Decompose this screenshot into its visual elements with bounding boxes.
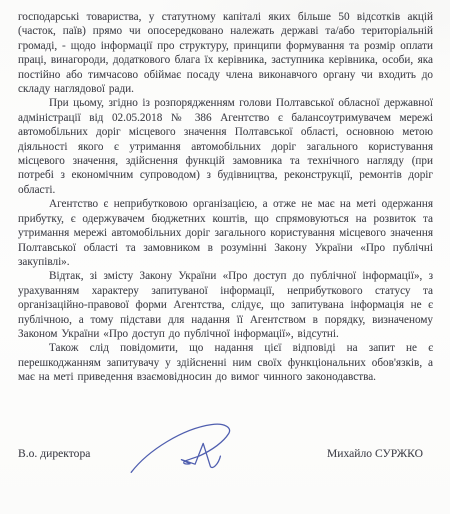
signature-ink (118, 414, 260, 486)
position-label: В.о. директора (18, 447, 90, 460)
scanned-letter-page: господарські товариства, у статутному ка… (0, 0, 450, 514)
paragraph-2: При цьому, згідно із розпорядженням голо… (18, 96, 433, 197)
paragraph-5: Також слід повідомити, що надання цієї в… (18, 341, 433, 384)
signature-block: В.о. директора Михайло СУРЖКО (18, 414, 433, 496)
signer-name: Михайло СУРЖКО (327, 447, 423, 460)
paragraph-4: Відтак, зі змісту Закону України «Про до… (18, 269, 433, 341)
paragraph-1: господарські товариства, у статутному ка… (18, 10, 433, 96)
paragraph-3: Агентство є неприбутковою організацією, … (18, 197, 433, 269)
letter-body: господарські товариства, у статутному ка… (18, 10, 433, 385)
